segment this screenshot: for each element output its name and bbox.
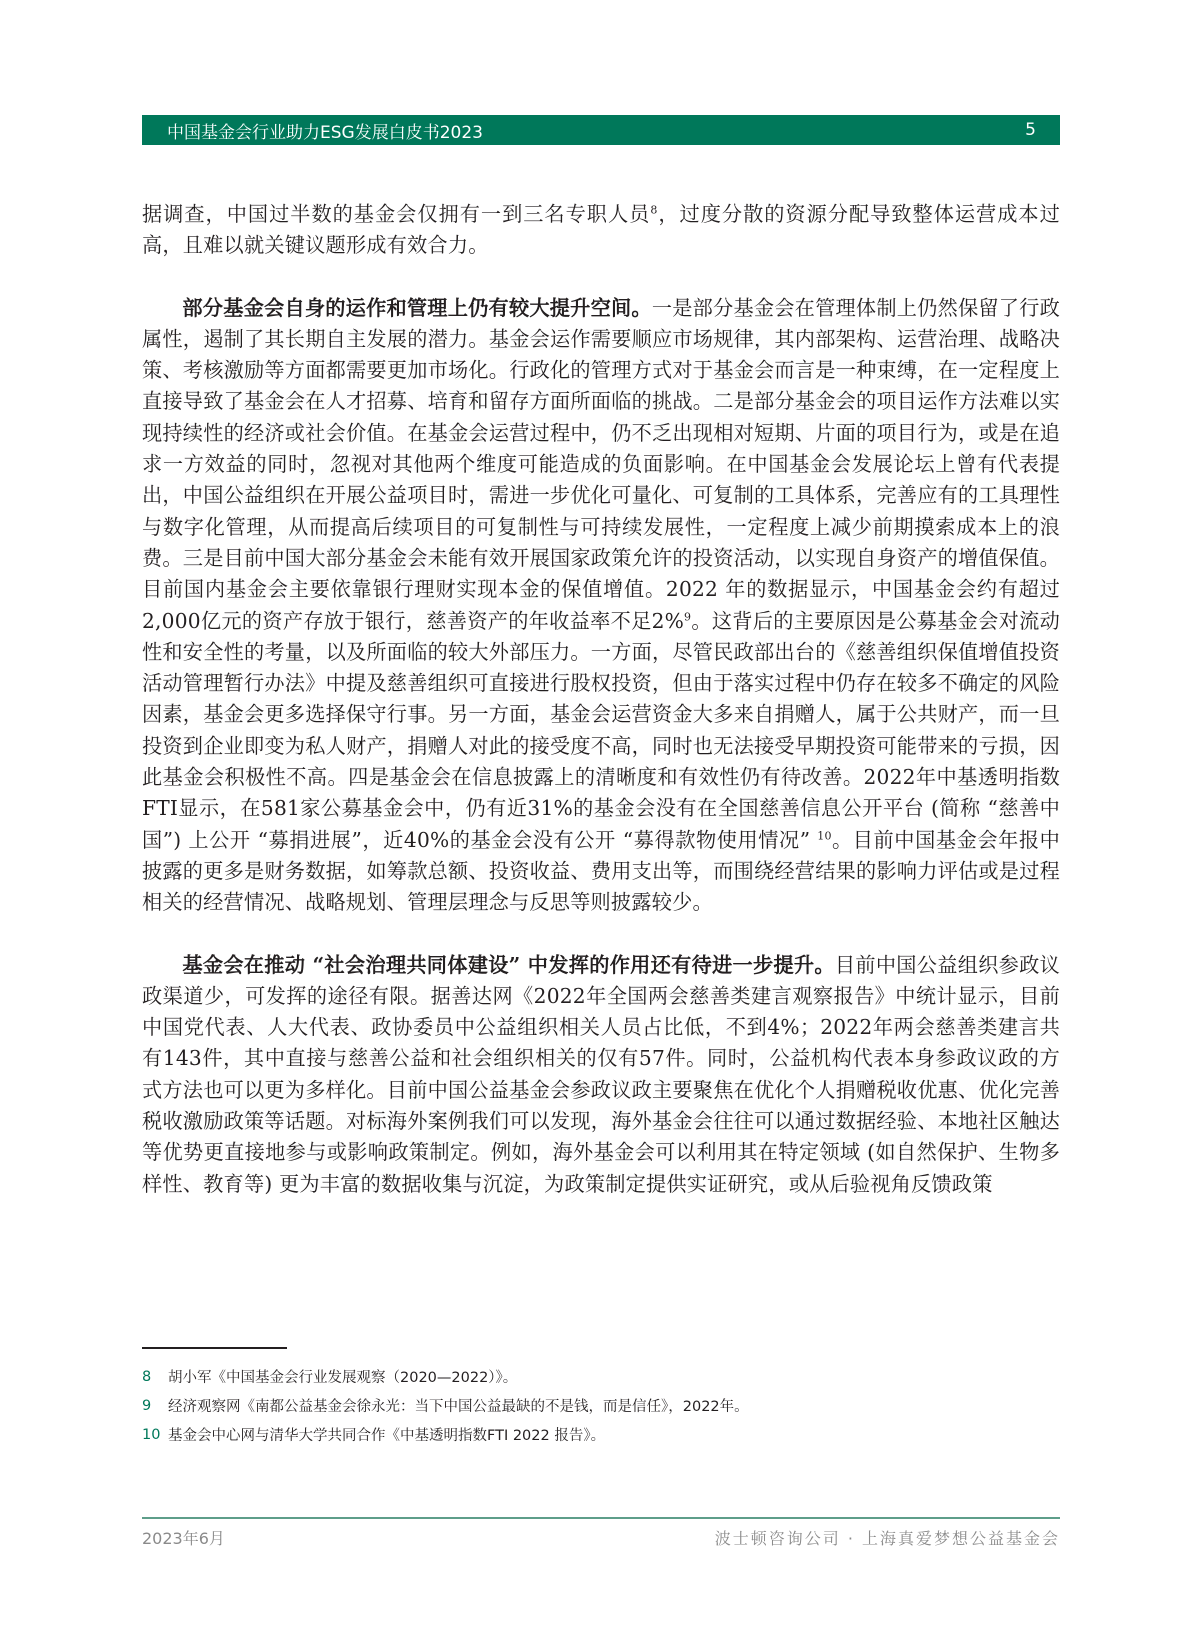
footnote-ref-10[interactable]: 10	[817, 829, 831, 842]
footnote-ref-8[interactable]: 8	[650, 203, 657, 216]
footnotes: 8 胡小军《中国基金会行业发展观察（2020—2022）》。 9 经济观察网《南…	[142, 1362, 1060, 1449]
footnote-10: 10 基金会中心网与清华大学共同合作《中基透明指数FTI 2022 报告》。	[142, 1420, 1060, 1449]
footer-date: 2023年6月	[142, 1526, 225, 1549]
footnote-divider	[142, 1347, 287, 1349]
footnote-number: 8	[142, 1369, 168, 1385]
footnote-text: 经济观察网《南都公益基金会徐永光：当下中国公益最缺的不是钱，而是信任》，2022…	[168, 1395, 749, 1416]
body-text: 据调查，中国过半数的基金会仅拥有一到三名专职人员8，过度分散的资源分配导致整体运…	[142, 199, 1060, 1200]
footnote-text: 基金会中心网与清华大学共同合作《中基透明指数FTI 2022 报告》。	[168, 1424, 605, 1445]
page-number: 5	[1025, 120, 1036, 140]
document-title: 中国基金会行业助力ESG发展白皮书2023	[167, 118, 483, 143]
footer-divider	[142, 1517, 1060, 1519]
paragraph-lead: 基金会在推动 “社会治理共同体建设” 中发挥的作用还有待进一步提升。	[182, 953, 835, 977]
footnote-8: 8 胡小军《中国基金会行业发展观察（2020—2022）》。	[142, 1362, 1060, 1391]
footnote-9: 9 经济观察网《南都公益基金会徐永光：当下中国公益最缺的不是钱，而是信任》，20…	[142, 1391, 1060, 1420]
footnote-text: 胡小军《中国基金会行业发展观察（2020—2022）》。	[168, 1366, 517, 1387]
paragraph-lead: 部分基金会自身的运作和管理上仍有较大提升空间。	[182, 296, 651, 320]
footnote-number: 9	[142, 1398, 168, 1414]
footer-publishers: 波士顿咨询公司 · 上海真爱梦想公益基金会	[715, 1526, 1060, 1549]
paragraph-2: 部分基金会自身的运作和管理上仍有较大提升空间。一是部分基金会在管理体制上仍然保留…	[142, 293, 1060, 919]
paragraph-3: 基金会在推动 “社会治理共同体建设” 中发挥的作用还有待进一步提升。目前中国公益…	[142, 950, 1060, 1200]
header-band: 中国基金会行业助力ESG发展白皮书2023 5	[142, 115, 1060, 145]
footnote-number: 10	[142, 1427, 168, 1443]
page-footer: 2023年6月 波士顿咨询公司 · 上海真爱梦想公益基金会	[142, 1526, 1060, 1549]
paragraph-1: 据调查，中国过半数的基金会仅拥有一到三名专职人员8，过度分散的资源分配导致整体运…	[142, 199, 1060, 262]
